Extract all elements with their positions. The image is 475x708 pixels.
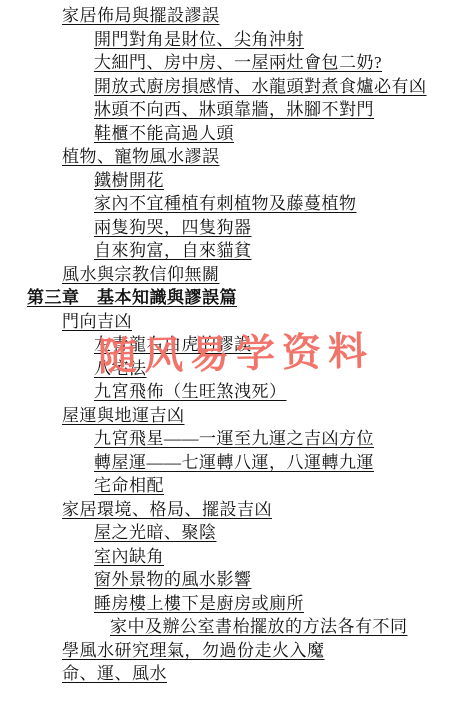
toc-entry: 左青龍右白虎的謬誤 bbox=[0, 333, 475, 357]
toc-entry: 門向吉凶 bbox=[0, 310, 475, 334]
toc-entry: 家內不宜種植有刺植物及藤蔓植物 bbox=[0, 192, 475, 216]
toc-entry-text: 家內不宜種植有刺植物及藤蔓植物 bbox=[94, 194, 357, 213]
toc-entry-text: 轉屋運——七運轉八運，八運轉九運 bbox=[94, 453, 374, 472]
toc-entry: 鐵樹開花 bbox=[0, 169, 475, 193]
toc-entry-text: 兩隻狗哭，四隻狗器 bbox=[94, 218, 252, 237]
toc-entry-text: 九宮飛佈（生旺煞洩死） bbox=[94, 382, 287, 401]
toc-entry: 鞋櫃不能高過人頭 bbox=[0, 122, 475, 146]
toc-entry-text: 睡房樓上樓下是廚房或廁所 bbox=[94, 594, 304, 613]
toc-entry-text: 家居環境、格局、擺設吉凶 bbox=[62, 500, 272, 519]
document-page: 家居佈局與擺設謬誤開門對角是財位、尖角沖射大細門、房中房、一屋兩灶會包二奶?開放… bbox=[0, 0, 475, 708]
toc-entry-text: 九宮飛星——一運至九運之吉凶方位 bbox=[94, 429, 374, 448]
toc-entry: 植物、寵物風水謬誤 bbox=[0, 145, 475, 169]
toc-list: 家居佈局與擺設謬誤開門對角是財位、尖角沖射大細門、房中房、一屋兩灶會包二奶?開放… bbox=[0, 0, 475, 686]
toc-entry: 九宮飛佈（生旺煞洩死） bbox=[0, 380, 475, 404]
toc-entry-text: 家居佈局與擺設謬誤 bbox=[62, 6, 220, 25]
toc-entry: 兩隻狗哭，四隻狗器 bbox=[0, 216, 475, 240]
toc-entry-text: 風水與宗教信仰無關 bbox=[62, 265, 220, 284]
toc-entry: 家居環境、格局、擺設吉凶 bbox=[0, 498, 475, 522]
toc-entry-text: 家中及辦公室書枱擺放的方法各有不同 bbox=[110, 617, 408, 636]
toc-entry: 命、運、風水 bbox=[0, 662, 475, 686]
toc-entry-text: 屋之光暗、聚陰 bbox=[94, 523, 217, 542]
toc-entry: 轉屋運——七運轉八運，八運轉九運 bbox=[0, 451, 475, 475]
toc-entry-text: 宅命相配 bbox=[94, 476, 164, 495]
toc-entry-text: 第三章 基本知識與謬誤篇 bbox=[27, 288, 237, 307]
toc-entry: 睡房樓上樓下是廚房或廁所 bbox=[0, 592, 475, 616]
toc-entry-text: 自來狗富，自來貓貧 bbox=[94, 241, 252, 260]
toc-entry: 開放式廚房損感情、水龍頭對煮食爐必有凶 bbox=[0, 75, 475, 99]
toc-entry-text: 鞋櫃不能高過人頭 bbox=[94, 124, 234, 143]
toc-entry: 八宅法 bbox=[0, 357, 475, 381]
toc-entry-text: 命、運、風水 bbox=[62, 664, 167, 683]
toc-entry: 牀頭不向西、牀頭靠牆，牀腳不對門 bbox=[0, 98, 475, 122]
toc-entry: 屋運與地運吉凶 bbox=[0, 404, 475, 428]
toc-entry-text: 大細門、房中房、一屋兩灶會包二奶? bbox=[94, 53, 382, 72]
toc-entry: 室內缺角 bbox=[0, 545, 475, 569]
toc-entry-text: 門向吉凶 bbox=[62, 312, 132, 331]
toc-entry-text: 牀頭不向西、牀頭靠牆，牀腳不對門 bbox=[94, 100, 374, 119]
toc-entry: 開門對角是財位、尖角沖射 bbox=[0, 28, 475, 52]
toc-entry: 屋之光暗、聚陰 bbox=[0, 521, 475, 545]
toc-entry-text: 八宅法 bbox=[94, 359, 147, 378]
toc-entry: 風水與宗教信仰無關 bbox=[0, 263, 475, 287]
toc-entry-text: 開放式廚房損感情、水龍頭對煮食爐必有凶 bbox=[94, 77, 427, 96]
toc-entry-text: 屋運與地運吉凶 bbox=[62, 406, 185, 425]
toc-entry: 宅命相配 bbox=[0, 474, 475, 498]
toc-entry: 九宮飛星——一運至九運之吉凶方位 bbox=[0, 427, 475, 451]
toc-entry-text: 室內缺角 bbox=[94, 547, 164, 566]
toc-entry-text: 開門對角是財位、尖角沖射 bbox=[94, 30, 304, 49]
toc-entry: 自來狗富，自來貓貧 bbox=[0, 239, 475, 263]
toc-entry: 家中及辦公室書枱擺放的方法各有不同 bbox=[0, 615, 475, 639]
toc-entry-text: 左青龍右白虎的謬誤 bbox=[94, 335, 252, 354]
toc-entry-text: 鐵樹開花 bbox=[94, 171, 164, 190]
toc-entry: 窗外景物的風水影響 bbox=[0, 568, 475, 592]
toc-entry-text: 窗外景物的風水影響 bbox=[94, 570, 252, 589]
toc-entry-text: 學風水研究理氣，勿過份走火入魔 bbox=[62, 641, 325, 660]
toc-entry: 第三章 基本知識與謬誤篇 bbox=[0, 286, 475, 310]
toc-entry: 學風水研究理氣，勿過份走火入魔 bbox=[0, 639, 475, 663]
toc-entry: 家居佈局與擺設謬誤 bbox=[0, 4, 475, 28]
toc-entry: 大細門、房中房、一屋兩灶會包二奶? bbox=[0, 51, 475, 75]
toc-entry-text: 植物、寵物風水謬誤 bbox=[62, 147, 220, 166]
